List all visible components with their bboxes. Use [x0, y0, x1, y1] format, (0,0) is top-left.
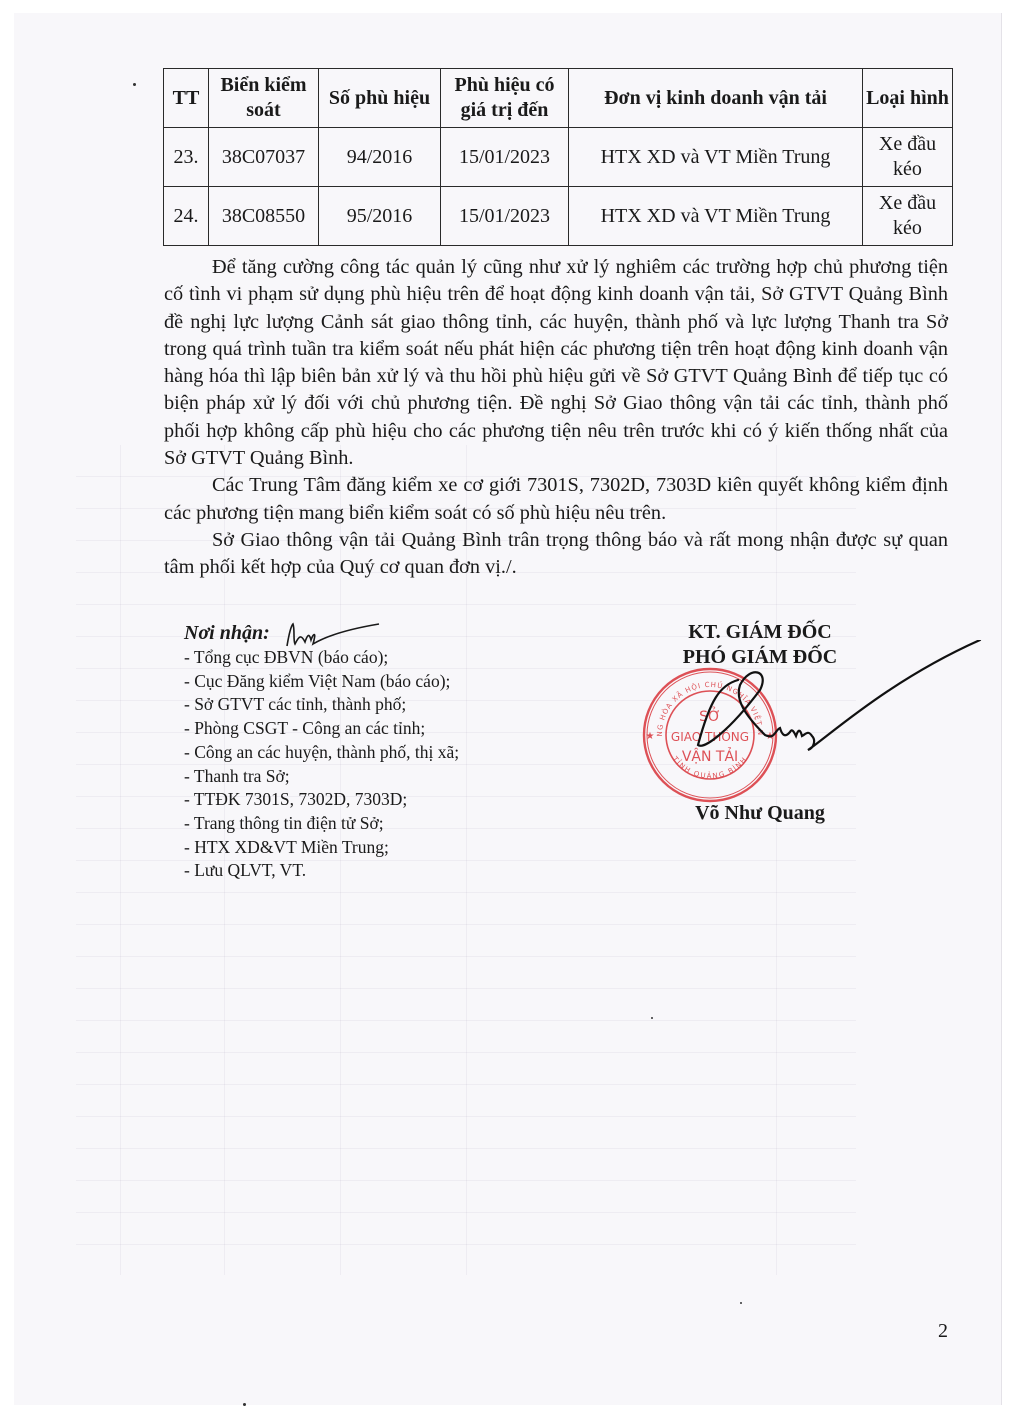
cell-type: Xe đầu kéo	[863, 128, 953, 187]
list-item: - Công an các huyện, thành phố, thị xã;	[184, 741, 459, 765]
list-item: - Cục Đăng kiểm Việt Nam (báo cáo);	[184, 670, 459, 694]
cell-badge-no: 95/2016	[319, 187, 441, 246]
paragraph-enforcement: Để tăng cường công tác quản lý cũng như …	[164, 254, 948, 472]
cell-operator: HTX XD và VT Miền Trung	[569, 128, 863, 187]
signature-icon	[690, 640, 990, 780]
page-number: 2	[938, 1320, 948, 1343]
cell-valid-until: 15/01/2023	[441, 128, 569, 187]
list-item: - HTX XD&VT Miền Trung;	[184, 836, 459, 860]
header-tt: TT	[164, 69, 209, 128]
list-item: - Sở GTVT các tỉnh, thành phố;	[184, 693, 459, 717]
recipients-block: Nơi nhận: - Tổng cục ĐBVN (báo cáo); - C…	[184, 620, 459, 883]
header-badge-no: Số phù hiệu	[319, 69, 441, 128]
scan-speck	[243, 1403, 246, 1406]
recipients-list: - Tổng cục ĐBVN (báo cáo); - Cục Đăng ki…	[184, 646, 459, 883]
cell-plate: 38C08550	[209, 187, 319, 246]
scan-speck	[133, 83, 136, 86]
table-header-row: TT Biển kiểm soát Số phù hiệu Phù hiệu c…	[164, 69, 953, 128]
initials-signature-icon	[283, 620, 383, 650]
paragraph-inspection-centers: Các Trung Tâm đăng kiểm xe cơ giới 7301S…	[164, 472, 948, 527]
list-item: - Thanh tra Sở;	[184, 765, 459, 789]
paragraph-closing: Sở Giao thông vận tải Quảng Bình trân tr…	[164, 527, 948, 582]
cell-valid-until: 15/01/2023	[441, 187, 569, 246]
cell-tt: 24.	[164, 187, 209, 246]
svg-text:★: ★	[646, 731, 655, 742]
body-text: Để tăng cường công tác quản lý cũng như …	[164, 254, 948, 582]
scan-speck	[740, 1302, 742, 1304]
header-valid-until: Phù hiệu có giá trị đến	[441, 69, 569, 128]
scan-speck	[651, 1017, 653, 1019]
header-operator: Đơn vị kinh doanh vận tải	[569, 69, 863, 128]
cell-operator: HTX XD và VT Miền Trung	[569, 187, 863, 246]
cell-type: Xe đầu kéo	[863, 187, 953, 246]
cell-tt: 23.	[164, 128, 209, 187]
signer-name: Võ Như Quang	[660, 802, 860, 825]
list-item: - TTĐK 7301S, 7302D, 7303D;	[184, 788, 459, 812]
cell-badge-no: 94/2016	[319, 128, 441, 187]
header-type: Loại hình	[863, 69, 953, 128]
vehicle-badge-table: TT Biển kiểm soát Số phù hiệu Phù hiệu c…	[163, 68, 953, 246]
list-item: - Phòng CSGT - Công an các tỉnh;	[184, 717, 459, 741]
list-item: - Lưu QLVT, VT.	[184, 859, 459, 883]
list-item: - Trang thông tin điện tử Sở;	[184, 812, 459, 836]
header-plate: Biển kiểm soát	[209, 69, 319, 128]
cell-plate: 38C07037	[209, 128, 319, 187]
table-row: 24. 38C08550 95/2016 15/01/2023 HTX XD v…	[164, 187, 953, 246]
table-row: 23. 38C07037 94/2016 15/01/2023 HTX XD v…	[164, 128, 953, 187]
